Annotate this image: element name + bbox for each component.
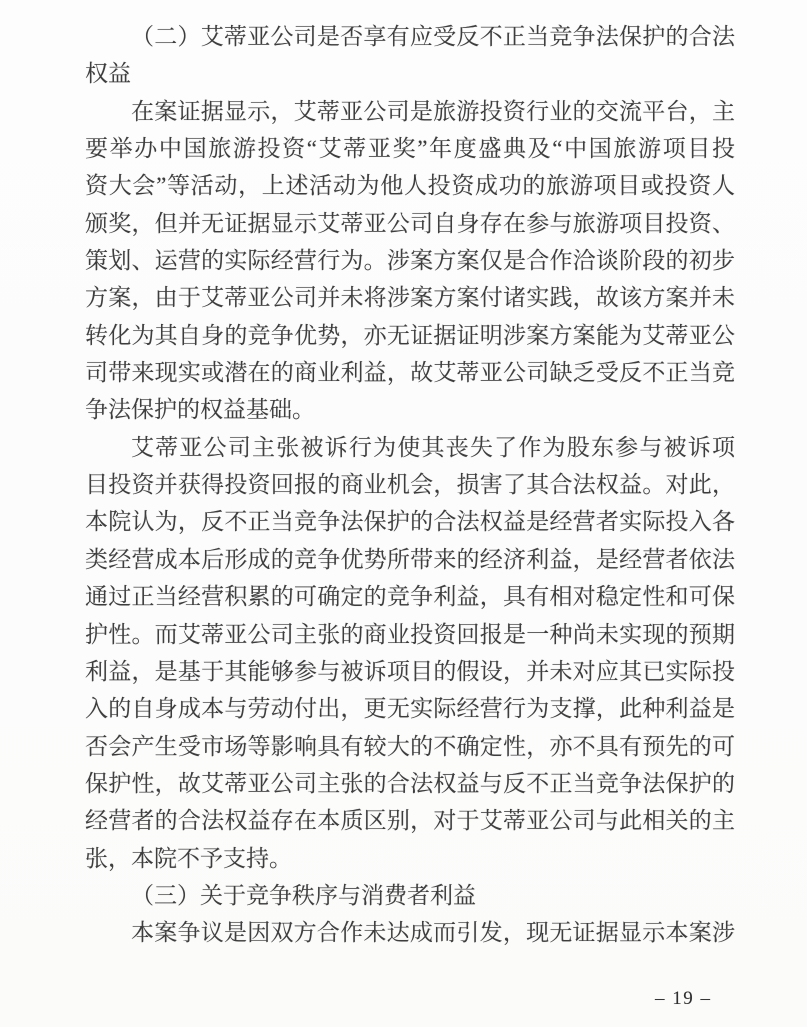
text-line: 方案，由于艾蒂亚公司并未将涉案方案付诸实践，故该方案并未 [85,279,735,316]
text-line: 护性。而艾蒂亚公司主张的商业投资回报是一种尚未实现的预期 [85,616,735,653]
text-line: 转化为其自身的竞争优势，亦无证据证明涉案方案能为艾蒂亚公 [85,317,735,354]
text-line: 在案证据显示，艾蒂亚公司是旅游投资行业的交流平台，主 [85,93,735,130]
text-line: 张，本院不予支持。 [85,840,735,877]
document-body: （二）艾蒂亚公司是否享有应受反不正当竞争法保护的合法权益在案证据显示，艾蒂亚公司… [85,18,735,952]
text-line: 资大会”等活动，上述活动为他人投资成功的旅游项目或投资人 [85,167,735,204]
page-number: – 19 – [655,988,735,1010]
text-line: 艾蒂亚公司主张被诉行为使其丧失了作为股东参与被诉项 [85,429,735,466]
text-line: 权益 [85,55,735,92]
scanned-judgment-page: （二）艾蒂亚公司是否享有应受反不正当竞争法保护的合法权益在案证据显示，艾蒂亚公司… [0,0,807,1027]
text-line: 否会产生受市场等影响具有较大的不确定性，亦不具有预先的可 [85,728,735,765]
text-line: 通过正当经营积累的可确定的竞争利益，具有相对稳定性和可保 [85,578,735,615]
text-line: 颁奖，但并无证据显示艾蒂亚公司自身存在参与旅游项目投资、 [85,205,735,242]
text-line: 目投资并获得投资回报的商业机会，损害了其合法权益。对此， [85,466,735,503]
text-line: 本案争议是因双方合作未达成而引发，现无证据显示本案涉 [85,914,735,951]
text-line: （三）关于竞争秩序与消费者利益 [85,877,735,914]
text-line: 经营者的合法权益存在本质区别，对于艾蒂亚公司与此相关的主 [85,802,735,839]
text-line: （二）艾蒂亚公司是否享有应受反不正当竞争法保护的合法 [85,18,735,55]
text-line: 类经营成本后形成的竞争优势所带来的经济利益，是经营者依法 [85,541,735,578]
text-line: 要举办中国旅游投资“艾蒂亚奖”年度盛典及“中国旅游项目投 [85,130,735,167]
text-line: 争法保护的权益基础。 [85,391,735,428]
text-line: 利益，是基于其能够参与被诉项目的假设，并未对应其已实际投 [85,653,735,690]
text-line: 保护性，故艾蒂亚公司主张的合法权益与反不正当竞争法保护的 [85,765,735,802]
text-line: 策划、运营的实际经营行为。涉案方案仅是合作洽谈阶段的初步 [85,242,735,279]
text-line: 入的自身成本与劳动付出，更无实际经营行为支撑，此种利益是 [85,690,735,727]
text-line: 司带来现实或潜在的商业利益，故艾蒂亚公司缺乏受反不正当竞 [85,354,735,391]
text-line: 本院认为，反不正当竞争法保护的合法权益是经营者实际投入各 [85,503,735,540]
